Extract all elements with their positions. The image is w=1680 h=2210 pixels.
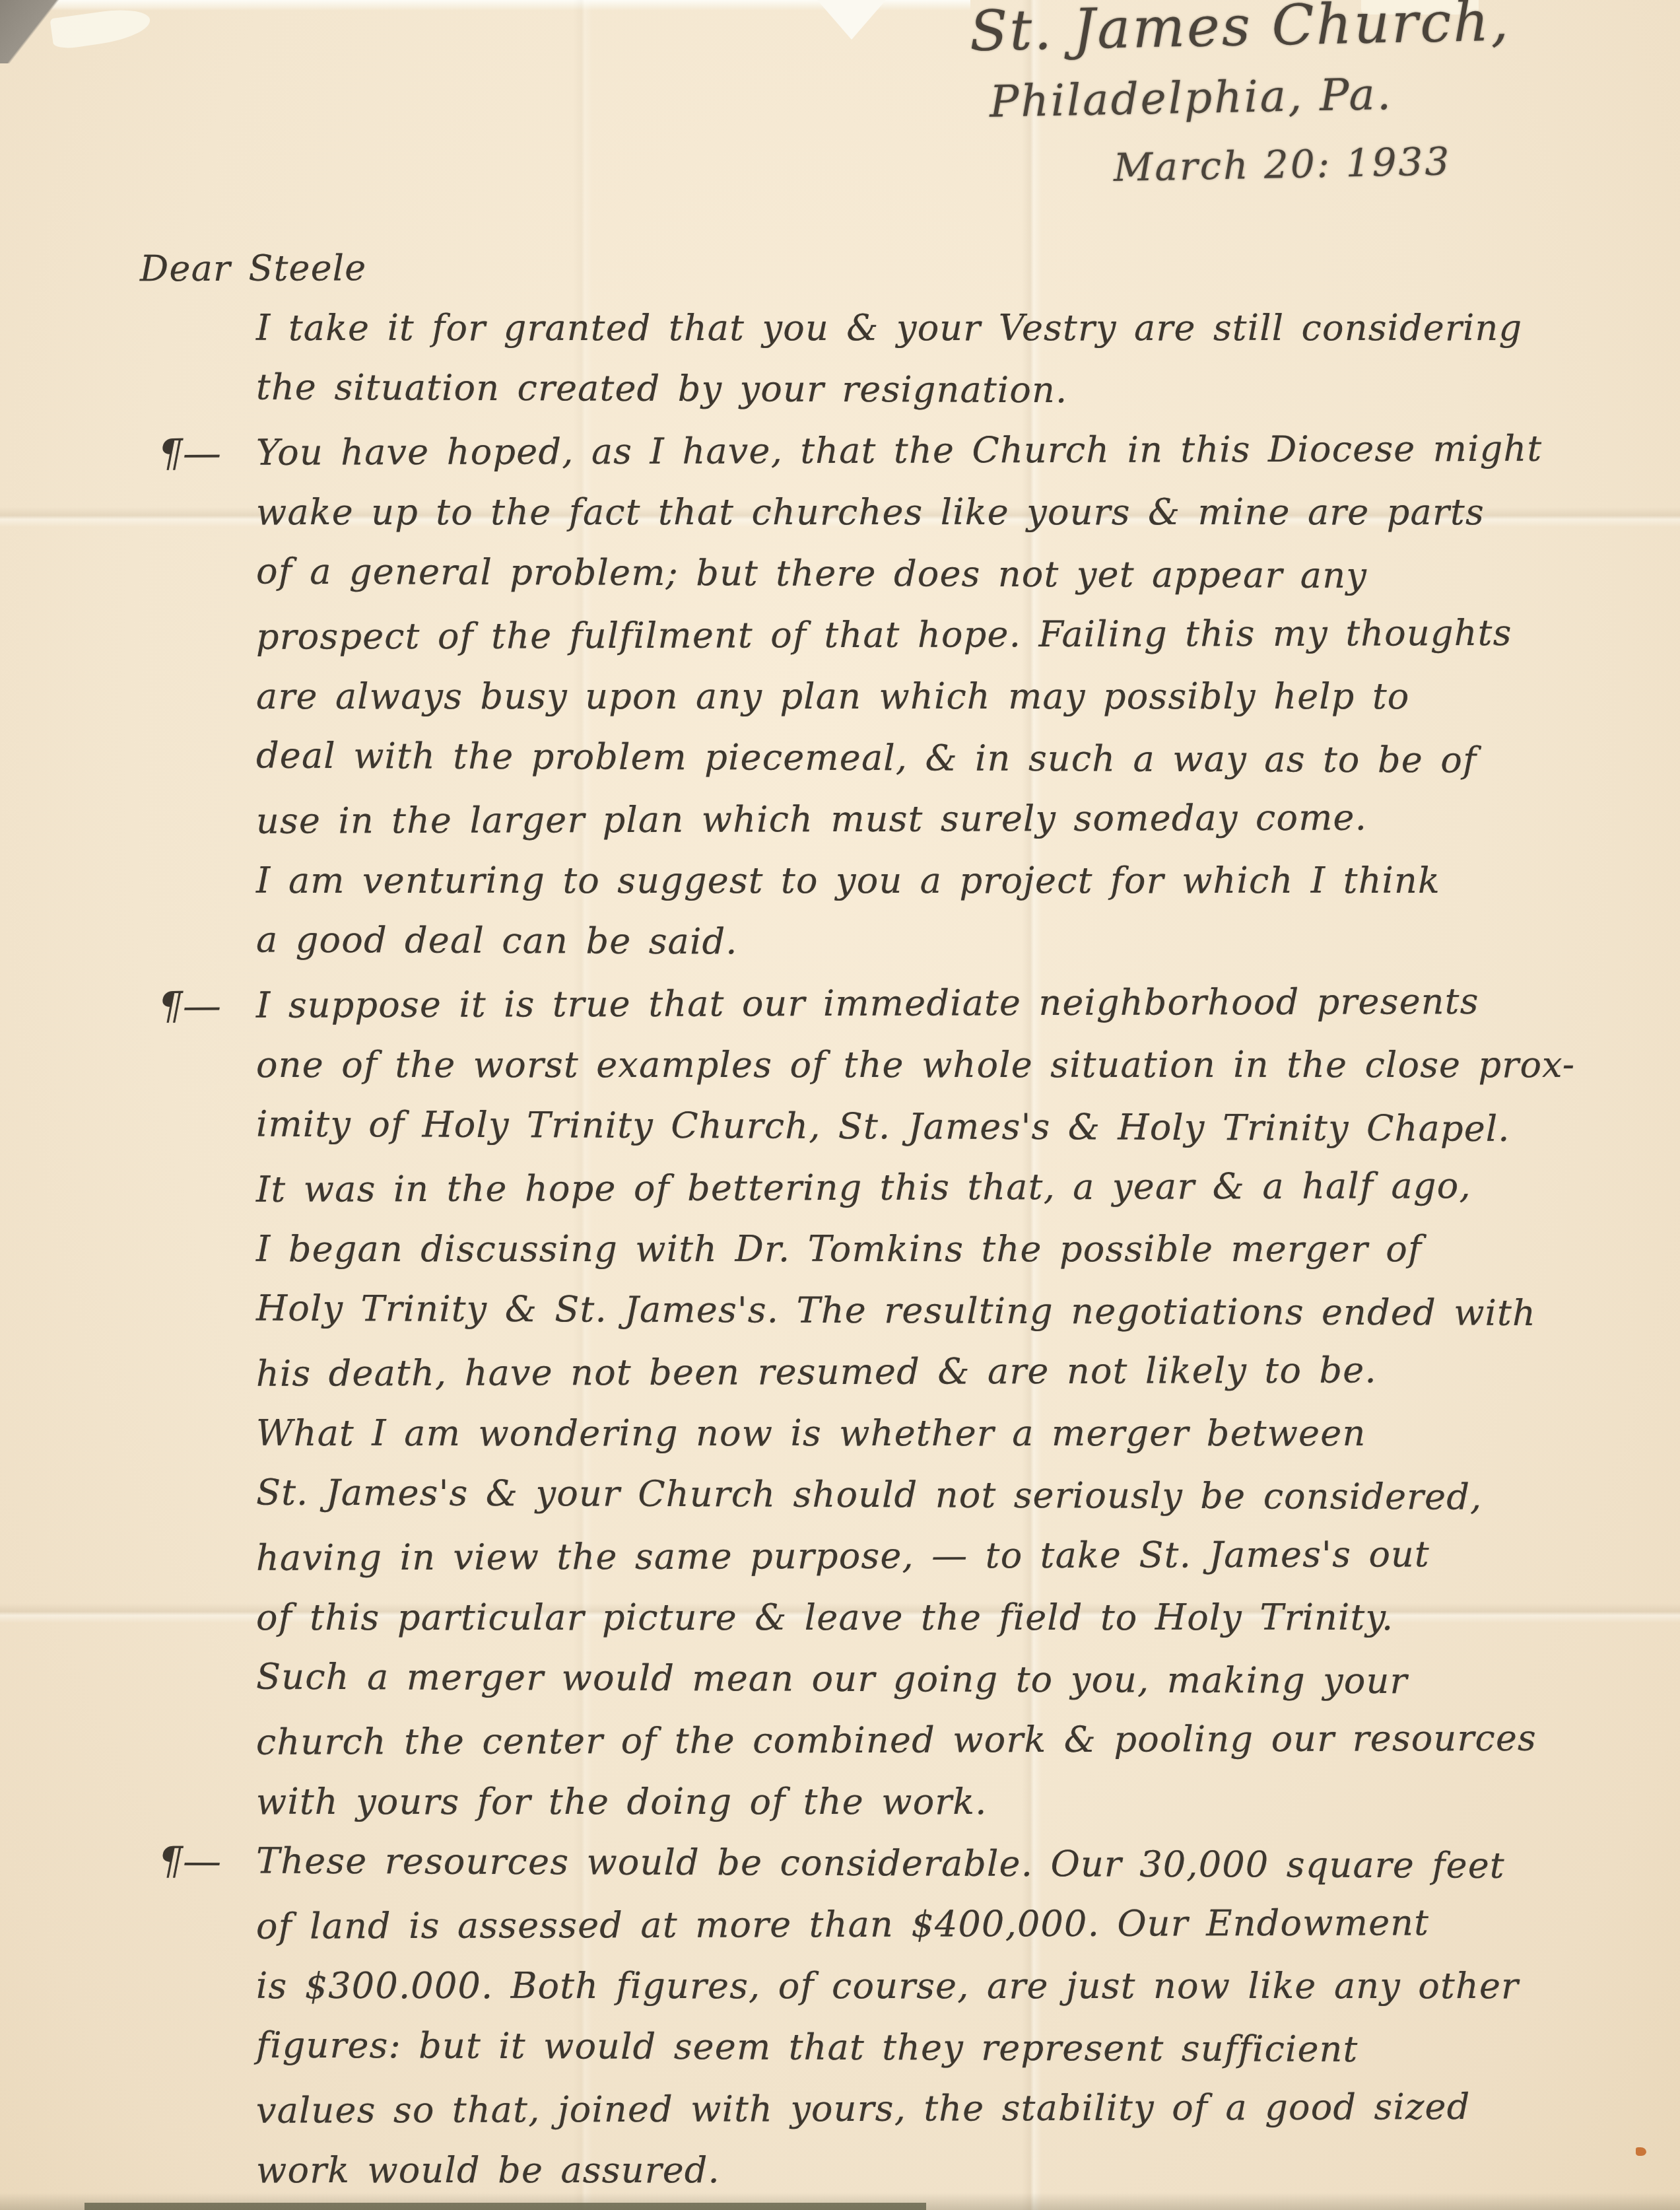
letterhead-city: Philadelphia, Pa. bbox=[989, 69, 1393, 127]
letter-line-text: prospect of the fulfilment of that hope.… bbox=[256, 612, 1512, 658]
letter-line-text: I suppose it is true that our immediate … bbox=[256, 981, 1479, 1026]
letter-line: Dear Steele bbox=[0, 243, 1680, 310]
letter-line: the situation created by your resignatio… bbox=[0, 365, 1680, 433]
letter-line: of land is assessed at more than $400,00… bbox=[0, 1901, 1680, 1968]
letter-line: Such a merger would mean our going to yo… bbox=[0, 1655, 1680, 1723]
letter-line-text: I began discussing with Dr. Tomkins the … bbox=[256, 1228, 1422, 1270]
scan-background: St. James Church, Philadelphia, Pa. Marc… bbox=[0, 0, 1680, 2210]
letter-line: ¶—These resources would be considerable.… bbox=[0, 1839, 1680, 1907]
letter-line-text: Holy Trinity & St. James's. The resultin… bbox=[256, 1288, 1536, 1334]
letter-body: Dear SteeleI take it for granted that yo… bbox=[0, 246, 1680, 2210]
letter-line: What I am wondering now is whether a mer… bbox=[0, 1412, 1680, 1474]
letter-line: deal with the problem piecemeal, & in su… bbox=[0, 734, 1680, 802]
letter-line-text: values so that, joined with yours, the s… bbox=[256, 2086, 1471, 2131]
letter-line: prospect of the fulfilment of that hope.… bbox=[0, 611, 1680, 678]
letter-line-text: work would be assured. bbox=[256, 2149, 720, 2191]
letterhead-church: St. James Church, bbox=[969, 0, 1511, 63]
letter-line-text: Such a merger would mean our going to yo… bbox=[256, 1656, 1408, 1702]
letter-line-text: It was in the hope of bettering this tha… bbox=[256, 1165, 1471, 1210]
letter-line: I am venturing to suggest to you a proje… bbox=[0, 860, 1680, 921]
letter-line-text: church the center of the combined work &… bbox=[256, 1717, 1537, 1763]
letter-line: St. James's & your Church should not ser… bbox=[0, 1470, 1680, 1538]
letter-line-text: What I am wondering now is whether a mer… bbox=[256, 1412, 1366, 1454]
letter-line-text: are always busy upon any plan which may … bbox=[256, 675, 1410, 717]
letter-line-text: These resources would be considerable. O… bbox=[256, 1840, 1505, 1886]
letter-line: It was in the hope of bettering this tha… bbox=[0, 1164, 1680, 1231]
letter-line-text: one of the worst examples of the whole s… bbox=[256, 1044, 1575, 1086]
paragraph-mark: ¶— bbox=[158, 431, 221, 475]
letter-line: values so that, joined with yours, the s… bbox=[0, 2085, 1680, 2152]
paragraph-mark: ¶— bbox=[158, 983, 221, 1028]
letter-line-text: You have hoped, as I have, that the Chur… bbox=[256, 428, 1543, 473]
paragraph-mark: ¶— bbox=[158, 1838, 221, 1883]
letter-line-text: having in view the same purpose, — to ta… bbox=[256, 1533, 1430, 1579]
letter-line: wake up to the fact that churches like y… bbox=[0, 491, 1680, 553]
letter-line-text: a good deal can be said. bbox=[256, 919, 738, 963]
letter-line-text: deal with the problem piecemeal, & in su… bbox=[256, 735, 1477, 781]
letter-line-text: wake up to the fact that churches like y… bbox=[256, 491, 1485, 533]
letter-line: one of the worst examples of the whole s… bbox=[0, 1044, 1680, 1105]
letter-line: I began discussing with Dr. Tomkins the … bbox=[0, 1228, 1680, 1290]
letterhead-date: March 20: 1933 bbox=[1113, 139, 1452, 190]
letter-line: ¶—You have hoped, as I have, that the Ch… bbox=[0, 427, 1680, 494]
letter-line: I take it for granted that you & your Ve… bbox=[0, 307, 1680, 368]
letter-line-text: use in the larger plan which must surely… bbox=[256, 796, 1367, 841]
letter-line: are always busy upon any plan which may … bbox=[0, 675, 1680, 737]
letter-line-text: of this particular picture & leave the f… bbox=[256, 1597, 1394, 1638]
letter-line-text: imity of Holy Trinity Church, St. James'… bbox=[256, 1103, 1510, 1150]
letter-line: with yours for the doing of the work. bbox=[0, 1781, 1680, 1842]
letter-line-text: of a general problem; but there does not… bbox=[256, 551, 1367, 596]
letter-line: a good deal can be said. bbox=[0, 918, 1680, 986]
letter-line-text: his death, have not been resumed & are n… bbox=[256, 1349, 1377, 1394]
letter-line-text: I am venturing to suggest to you a proje… bbox=[256, 860, 1440, 901]
letter-line-text: of land is assessed at more than $400,00… bbox=[256, 1902, 1429, 1947]
letter-line-text: I take it for granted that you & your Ve… bbox=[256, 307, 1522, 349]
letter-line-text: is $300.000. Both figures, of course, ar… bbox=[256, 1965, 1519, 2007]
letter-line: of this particular picture & leave the f… bbox=[0, 1597, 1680, 1658]
letter-page: St. James Church, Philadelphia, Pa. Marc… bbox=[0, 0, 1680, 2210]
letter-line: use in the larger plan which must surely… bbox=[0, 796, 1680, 862]
letter-line: figures: but it would seem that they rep… bbox=[0, 2023, 1680, 2091]
letter-line-text: figures: but it would seem that they rep… bbox=[256, 2024, 1359, 2070]
letter-line: having in view the same purpose, — to ta… bbox=[0, 1533, 1680, 1599]
letter-line-text: Dear Steele bbox=[140, 247, 367, 289]
letter-line: Holy Trinity & St. James's. The resultin… bbox=[0, 1286, 1680, 1354]
letter-line: work would be assured. bbox=[0, 2149, 1680, 2210]
letter-line: church the center of the combined work &… bbox=[0, 1717, 1680, 1783]
letter-line: ¶—I suppose it is true that our immediat… bbox=[0, 980, 1680, 1047]
letter-line: of a general problem; but there does not… bbox=[0, 549, 1680, 617]
letter-line-text: the situation created by your resignatio… bbox=[256, 366, 1068, 411]
letter-line-text: St. James's & your Church should not ser… bbox=[256, 1472, 1483, 1518]
letter-line-text: with yours for the doing of the work. bbox=[256, 1781, 988, 1822]
tear-notch bbox=[817, 0, 886, 40]
letter-line: imity of Holy Trinity Church, St. James'… bbox=[0, 1102, 1680, 1170]
letter-line: is $300.000. Both figures, of course, ar… bbox=[0, 1965, 1680, 2026]
letter-line: his death, have not been resumed & are n… bbox=[0, 1348, 1680, 1415]
